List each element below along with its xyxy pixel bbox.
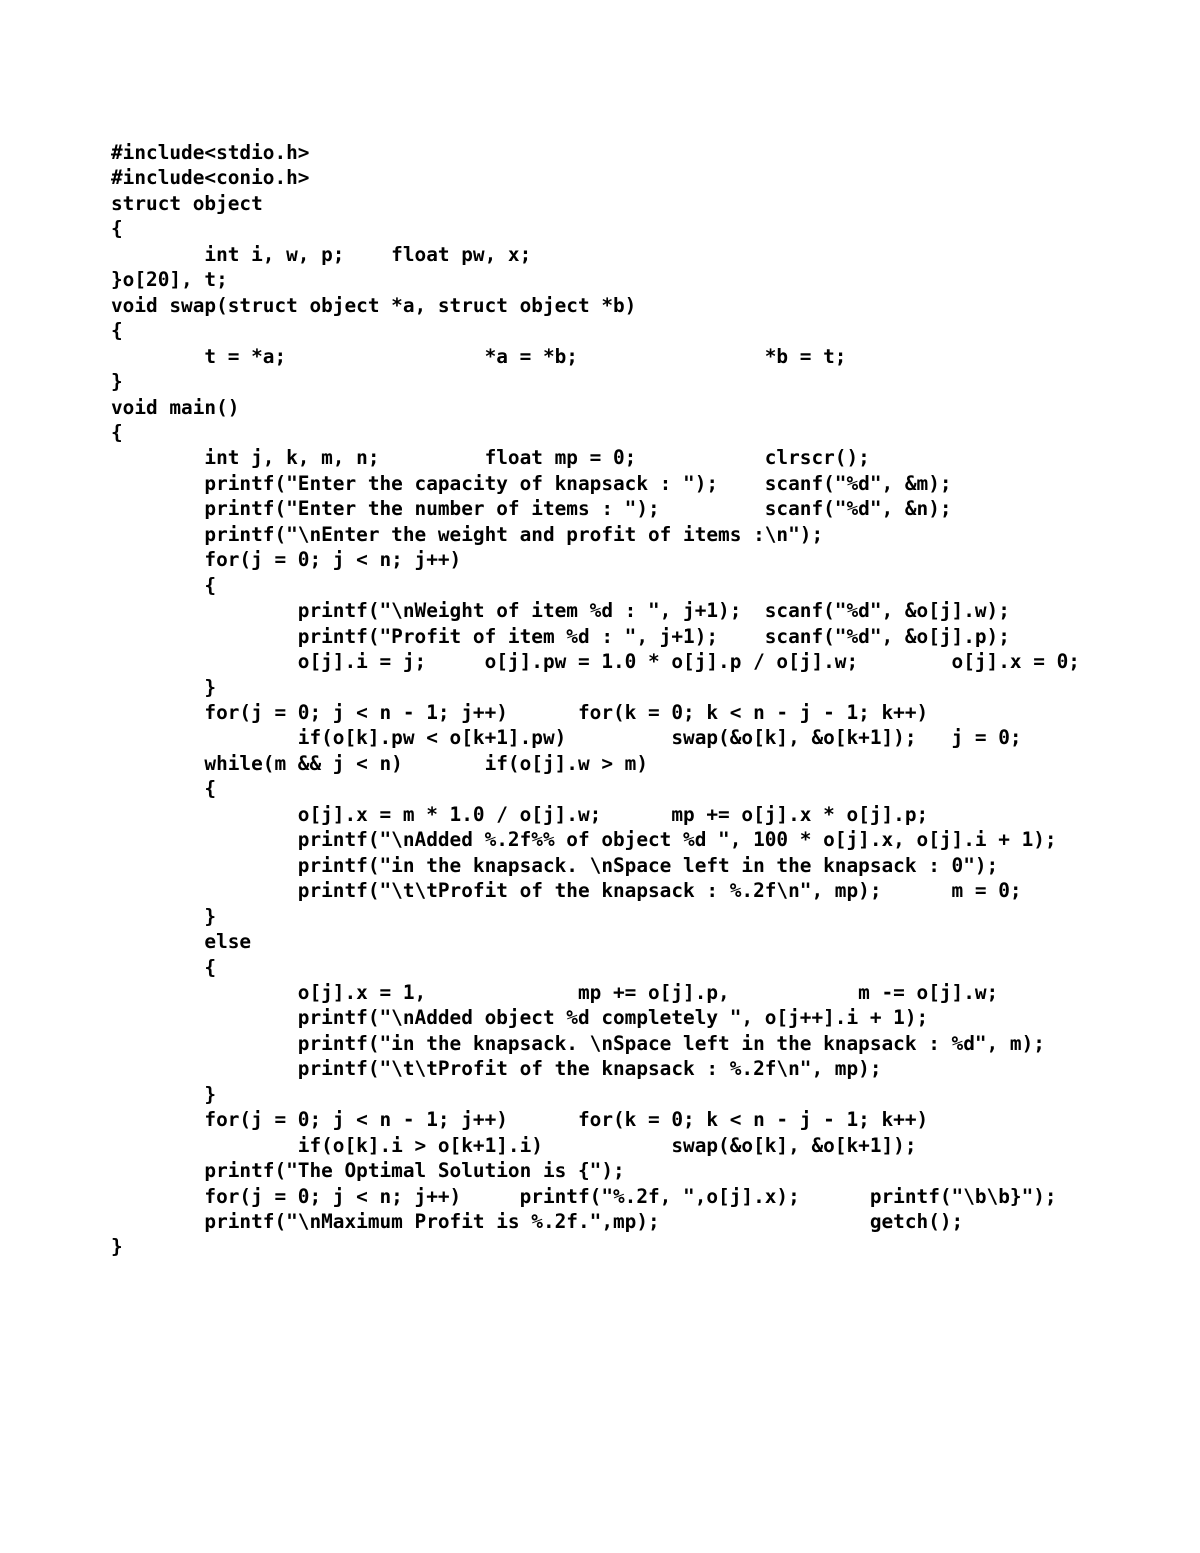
code-line: printf("Enter the capacity of knapsack :… <box>111 471 1080 496</box>
code-line: t = *a; *a = *b; *b = t; <box>111 344 1080 369</box>
code-line: printf("\nWeight of item %d : ", j+1); s… <box>111 598 1080 623</box>
code-line: for(j = 0; j < n; j++) printf("%.2f, ",o… <box>111 1184 1080 1209</box>
code-line: for(j = 0; j < n - 1; j++) for(k = 0; k … <box>111 700 1080 725</box>
code-line: struct object <box>111 191 1080 216</box>
code-line: int j, k, m, n; float mp = 0; clrscr(); <box>111 445 1080 470</box>
code-line: { <box>111 776 1080 801</box>
code-line: printf("\t\tProfit of the knapsack : %.2… <box>111 878 1080 903</box>
code-line: void swap(struct object *a, struct objec… <box>111 293 1080 318</box>
code-line: { <box>111 573 1080 598</box>
code-line: printf("Enter the number of items : "); … <box>111 496 1080 521</box>
code-line: else <box>111 929 1080 954</box>
code-line: printf("in the knapsack. \nSpace left in… <box>111 1031 1080 1056</box>
code-line: o[j].i = j; o[j].pw = 1.0 * o[j].p / o[j… <box>111 649 1080 674</box>
code-line: for(j = 0; j < n - 1; j++) for(k = 0; k … <box>111 1107 1080 1132</box>
code-line: printf("\nAdded object %d completely ", … <box>111 1005 1080 1030</box>
code-line: printf("in the knapsack. \nSpace left in… <box>111 853 1080 878</box>
code-line: } <box>111 904 1080 929</box>
code-line: printf("\nMaximum Profit is %.2f.",mp); … <box>111 1209 1080 1234</box>
code-line: } <box>111 369 1080 394</box>
code-line: printf("\t\tProfit of the knapsack : %.2… <box>111 1056 1080 1081</box>
code-line: #include<stdio.h> <box>111 140 1080 165</box>
code-line: } <box>111 1082 1080 1107</box>
code-line: { <box>111 955 1080 980</box>
code-line: }o[20], t; <box>111 267 1080 292</box>
code-line: printf("Profit of item %d : ", j+1); sca… <box>111 624 1080 649</box>
code-line: if(o[k].i > o[k+1].i) swap(&o[k], &o[k+1… <box>111 1133 1080 1158</box>
code-block: #include<stdio.h>#include<conio.h>struct… <box>111 140 1080 1260</box>
code-line: void main() <box>111 395 1080 420</box>
document-page: #include<stdio.h>#include<conio.h>struct… <box>0 0 1200 1553</box>
code-line: while(m && j < n) if(o[j].w > m) <box>111 751 1080 776</box>
code-line: if(o[k].pw < o[k+1].pw) swap(&o[k], &o[k… <box>111 725 1080 750</box>
code-line: } <box>111 1234 1080 1259</box>
code-line: printf("\nAdded %.2f%% of object %d ", 1… <box>111 827 1080 852</box>
code-line: o[j].x = m * 1.0 / o[j].w; mp += o[j].x … <box>111 802 1080 827</box>
code-line: printf("The Optimal Solution is {"); <box>111 1158 1080 1183</box>
code-line: o[j].x = 1, mp += o[j].p, m -= o[j].w; <box>111 980 1080 1005</box>
code-line: { <box>111 420 1080 445</box>
code-line: for(j = 0; j < n; j++) <box>111 547 1080 572</box>
code-line: #include<conio.h> <box>111 165 1080 190</box>
code-line: { <box>111 318 1080 343</box>
code-line: } <box>111 675 1080 700</box>
code-line: printf("\nEnter the weight and profit of… <box>111 522 1080 547</box>
code-line: int i, w, p; float pw, x; <box>111 242 1080 267</box>
code-line: { <box>111 216 1080 241</box>
